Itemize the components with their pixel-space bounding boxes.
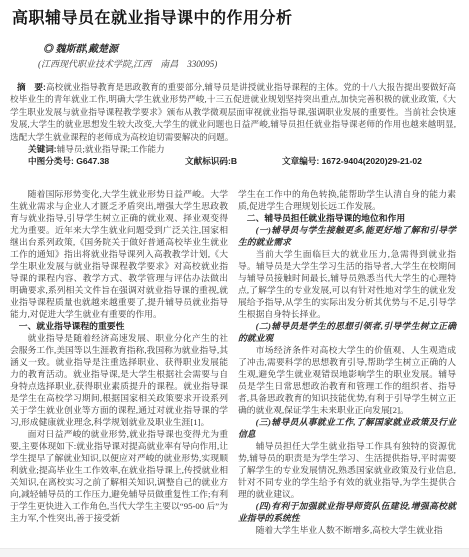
continuation-paragraph: 学生在工作中的角色转换,能帮助学生认清自身的能力素质,促进学生合理规划长远工作发… <box>238 188 456 212</box>
keywords-line: 关键词:辅导员;就业指导课;工作能力 <box>10 143 456 155</box>
intro-paragraph: 随着国际形势变化,大学生就业形势日益严峻。大学生就业需求与企业人才匮乏矛盾突出,… <box>10 188 228 320</box>
abstract-paragraph: 摘 要:高校就业指导教育是思政教育的重要部分,辅导员是讲授就业指导课程的主体。党… <box>10 81 456 143</box>
left-column: 随着国际形势变化,大学生就业形势日益严峻。大学生就业需求与企业人才匮乏矛盾突出,… <box>10 188 228 536</box>
clc-number: 中图分类号: G647.38 <box>28 155 185 167</box>
section-1-paragraph-1: 就业指导是随着经济高速发展、职业分化产生的社会服务工作,美国等以生涯教育指称,我… <box>10 332 228 428</box>
page-bottom-edge <box>0 548 469 557</box>
section-1-heading: 一、就业指导课程的重要性 <box>10 320 228 332</box>
section-1-paragraph-2: 面对日益严峻的就业形势,就业指导课也变得尤为重要,主要体现如下:就业指导课对提高… <box>10 428 228 524</box>
section-2-3-heading: (三)辅导员从事就业工作,了解国家就业政策及行业信息 <box>238 416 456 440</box>
keywords-text: 辅导员;就业指导课;工作能力 <box>57 144 165 154</box>
keywords-label: 关键词: <box>28 144 57 154</box>
journal-paper-page: 高职辅导员在就业指导课中的作用分析 ◎ 魏斯群,戴楚源 (江西现代职业技术学院,… <box>0 0 469 557</box>
article-number-value: 1672-9404(2020)29-21-02 <box>322 156 422 166</box>
section-2-heading: 二、辅导员担任就业指导课的地位和作用 <box>238 212 456 224</box>
article-affiliation: (江西现代职业技术学院,江西 南昌 330095) <box>38 58 456 70</box>
right-column: 学生在工作中的角色转换,能帮助学生认清自身的能力素质,促进学生合理规划长远工作发… <box>238 188 456 536</box>
document-code-label: 文献标识码: <box>185 156 231 166</box>
classification-line: 中图分类号: G647.38 文献标识码:B 文章编号: 1672-9404(2… <box>10 155 456 167</box>
abstract-label: 摘 要: <box>17 82 46 92</box>
article-authors: ◎ 魏斯群,戴楚源 <box>43 43 456 56</box>
section-2-4-paragraph: 随着大学生毕业人数不断增多,高校大学生就业指 <box>238 524 456 536</box>
article-title: 高职辅导员在就业指导课中的作用分析 <box>12 8 456 30</box>
section-2-2-paragraph: 市场经济条件对高校大学生的价值观、人生观造成了冲击,需要科学的思想教育引导,帮助… <box>238 344 456 416</box>
article-header: 高职辅导员在就业指导课中的作用分析 ◎ 魏斯群,戴楚源 (江西现代职业技术学院,… <box>10 8 456 70</box>
document-code: 文献标识码:B <box>185 155 282 167</box>
section-2-3-paragraph: 辅导员担任大学生就业指导工作具有独特的资源优势,辅导员的职责是为学生学习、生活提… <box>238 440 456 500</box>
document-code-value: B <box>231 156 237 166</box>
clc-value: G647.38 <box>76 156 109 166</box>
article-number-label: 文章编号: <box>282 156 322 166</box>
article-body: 随着国际形势变化,大学生就业形势日益严峻。大学生就业需求与企业人才匮乏矛盾突出,… <box>10 188 456 536</box>
clc-label: 中图分类号: <box>28 156 76 166</box>
section-2-4-heading: (四)有利于加强就业指导师资队伍建设,增强高校就业指导的系统性 <box>238 500 456 524</box>
article-number: 文章编号: 1672-9404(2020)29-21-02 <box>282 155 456 167</box>
abstract-text: 高校就业指导教育是思政教育的重要部分,辅导员是讲授就业指导课程的主体。党的十八大… <box>10 82 456 142</box>
section-2-1-paragraph: 当前大学生面临巨大的就业压力,急需得到就业指导。辅导员是大学生学习生活的指导者,… <box>238 248 456 320</box>
section-2-1-heading: (一)辅导员与学生接触更多,能更好地了解和引导学生的就业需求 <box>238 224 456 248</box>
section-2-2-heading: (二)辅导员是学生的思想引领者,引导学生树立正确的就业观 <box>238 320 456 344</box>
frontmatter: 摘 要:高校就业指导教育是思政教育的重要部分,辅导员是讲授就业指导课程的主体。党… <box>10 81 456 168</box>
